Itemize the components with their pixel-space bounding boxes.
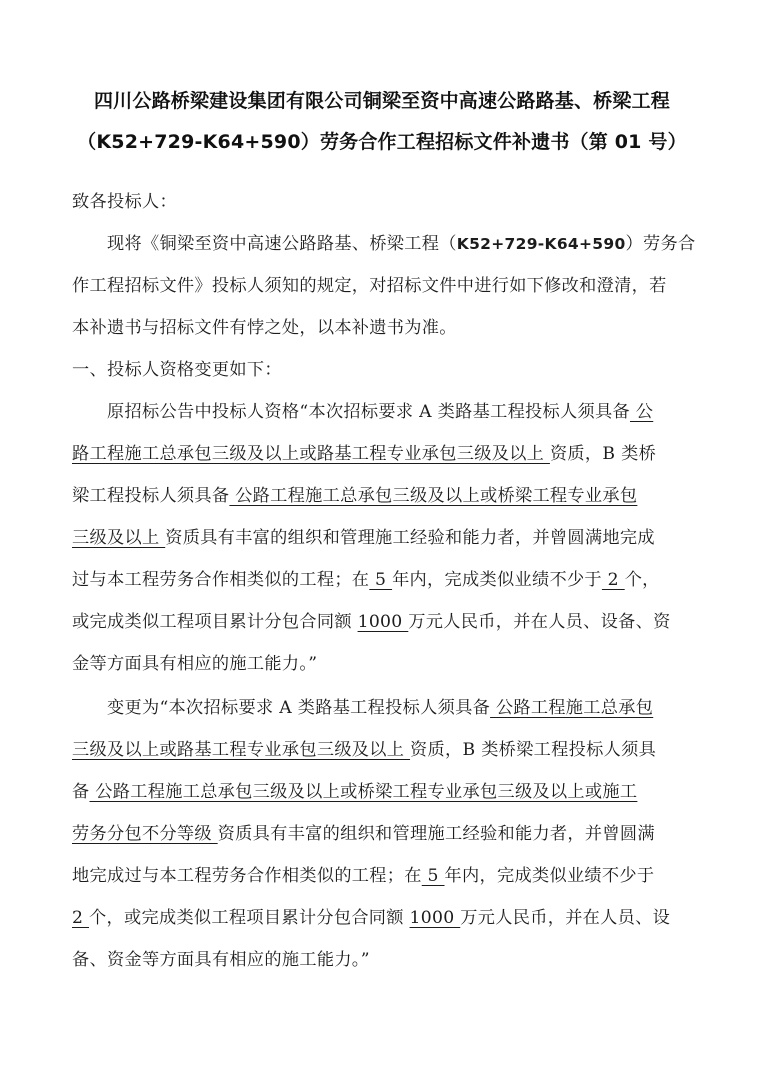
original-line-4: 三级及以上 资质具有丰富的组织和管理施工经验和能力者，并曾圆满地完成 <box>72 523 655 548</box>
years-field: 5 <box>369 570 392 590</box>
intro-text: 现将《铜梁至资中高速公路路基、桥梁工程（ <box>107 234 457 254</box>
changed-text: 个，或完成类似工程项目累计分包合同额 <box>89 908 410 928</box>
original-line-6: 或完成类似工程项目累计分包合同额 1000 万元人民币，并在人员、设备、资 <box>72 607 671 632</box>
underlined-field: 劳务分包不分等级 <box>72 824 218 844</box>
intro-line-3: 本补遗书与招标文件有悖之处，以本补遗书为准。 <box>72 313 457 338</box>
underlined-field: 公路工程施工总承包 <box>490 698 653 718</box>
changed-line-2: 三级及以上或路基工程专业承包三级及以上 资质，B 类桥梁工程投标人须具 <box>72 735 656 760</box>
underlined-field: 三级及以上 <box>72 528 165 548</box>
underlined-field: 公路工程施工总承包三级及以上或桥梁工程专业承包 <box>229 486 637 506</box>
original-text: 万元人民币，并在人员、设备、资 <box>408 612 670 632</box>
original-text: 梁工程投标人须具备 <box>72 486 229 506</box>
original-line-5: 过与本工程劳务合作相类似的工程；在 5 年内，完成类似业绩不少于 2 个， <box>72 565 660 590</box>
underlined-field: 三级及以上或路基工程专业承包三级及以上 <box>72 740 410 760</box>
count-field: 2 <box>602 570 625 590</box>
amount-field: 1000 <box>358 612 409 632</box>
changed-line-5: 地完成过与本工程劳务合作相类似的工程；在 5 年内，完成类似业绩不少于 <box>72 861 654 886</box>
changed-line-4: 劳务分包不分等级 资质具有丰富的组织和管理施工经验和能力者，并曾圆满 <box>72 819 655 844</box>
intro-line-2: 作工程招标文件》投标人须知的规定，对招标文件中进行如下修改和澄清，若 <box>72 271 667 296</box>
underlined-field: 公 <box>630 402 653 422</box>
changed-line-3: 备 公路工程施工总承包三级及以上或桥梁工程专业承包三级及以上或施工 <box>72 777 637 802</box>
changed-text: 万元人民币，并在人员、设 <box>460 908 670 928</box>
document-title-line1: 四川公路桥梁建设集团有限公司铜梁至资中高速公路路基、桥梁工程 <box>0 86 764 113</box>
salutation: 致各投标人： <box>72 187 177 212</box>
intro-line-1: 现将《铜梁至资中高速公路路基、桥梁工程（K52+729-K64+590）劳务合 <box>107 229 696 254</box>
original-text: 资质，B 类桥 <box>550 444 656 464</box>
years-field: 5 <box>422 866 445 886</box>
original-line-3: 梁工程投标人须具备 公路工程施工总承包三级及以上或桥梁工程专业承包 <box>72 481 637 506</box>
section-heading: 一、投标人资格变更如下： <box>72 355 282 380</box>
changed-line-7: 备、资金等方面具有相应的施工能力。” <box>72 945 370 970</box>
original-text: 个， <box>625 570 660 590</box>
changed-text: 地完成过与本工程劳务合作相类似的工程；在 <box>72 866 422 886</box>
underlined-field: 路工程施工总承包三级及以上或路基工程专业承包三级及以上 <box>72 444 550 464</box>
original-text: 资质具有丰富的组织和管理施工经验和能力者，并曾圆满地完成 <box>165 528 655 548</box>
original-line-1: 原招标公告中投标人资格“本次招标要求 A 类路基工程投标人须具备 公 <box>107 397 653 422</box>
original-text: 原招标公告中投标人资格“本次招标要求 A 类路基工程投标人须具备 <box>107 402 630 422</box>
document-title-line2: （K52+729-K64+590）劳务合作工程招标文件补遗书（第 01 号） <box>0 127 764 154</box>
original-line-2: 路工程施工总承包三级及以上或路基工程专业承包三级及以上 资质，B 类桥 <box>72 439 656 464</box>
section-code: K52+729-K64+590 <box>457 235 626 253</box>
changed-line-1: 变更为“本次招标要求 A 类路基工程投标人须具备 公路工程施工总承包 <box>107 693 653 718</box>
document-page: 四川公路桥梁建设集团有限公司铜梁至资中高速公路路基、桥梁工程 （K52+729-… <box>0 0 764 1080</box>
original-line-7: 金等方面具有相应的施工能力。” <box>72 649 317 674</box>
original-text: 年内，完成类似业绩不少于 <box>392 570 602 590</box>
amount-field: 1000 <box>410 908 461 928</box>
original-text: 或完成类似工程项目累计分包合同额 <box>72 612 358 632</box>
original-text: 过与本工程劳务合作相类似的工程；在 <box>72 570 369 590</box>
changed-text: 备 <box>72 782 90 802</box>
intro-text: ）劳务合 <box>626 234 696 254</box>
changed-line-6: 2 个，或完成类似工程项目累计分包合同额 1000 万元人民币，并在人员、设 <box>72 903 670 928</box>
count-field: 2 <box>72 908 89 928</box>
changed-text: 年内，完成类似业绩不少于 <box>445 866 655 886</box>
changed-text: 资质，B 类桥梁工程投标人须具 <box>410 740 656 760</box>
changed-text: 资质具有丰富的组织和管理施工经验和能力者，并曾圆满 <box>218 824 655 844</box>
changed-text: 变更为“本次招标要求 A 类路基工程投标人须具备 <box>107 698 490 718</box>
underlined-field: 公路工程施工总承包三级及以上或桥梁工程专业承包三级及以上或施工 <box>90 782 638 802</box>
